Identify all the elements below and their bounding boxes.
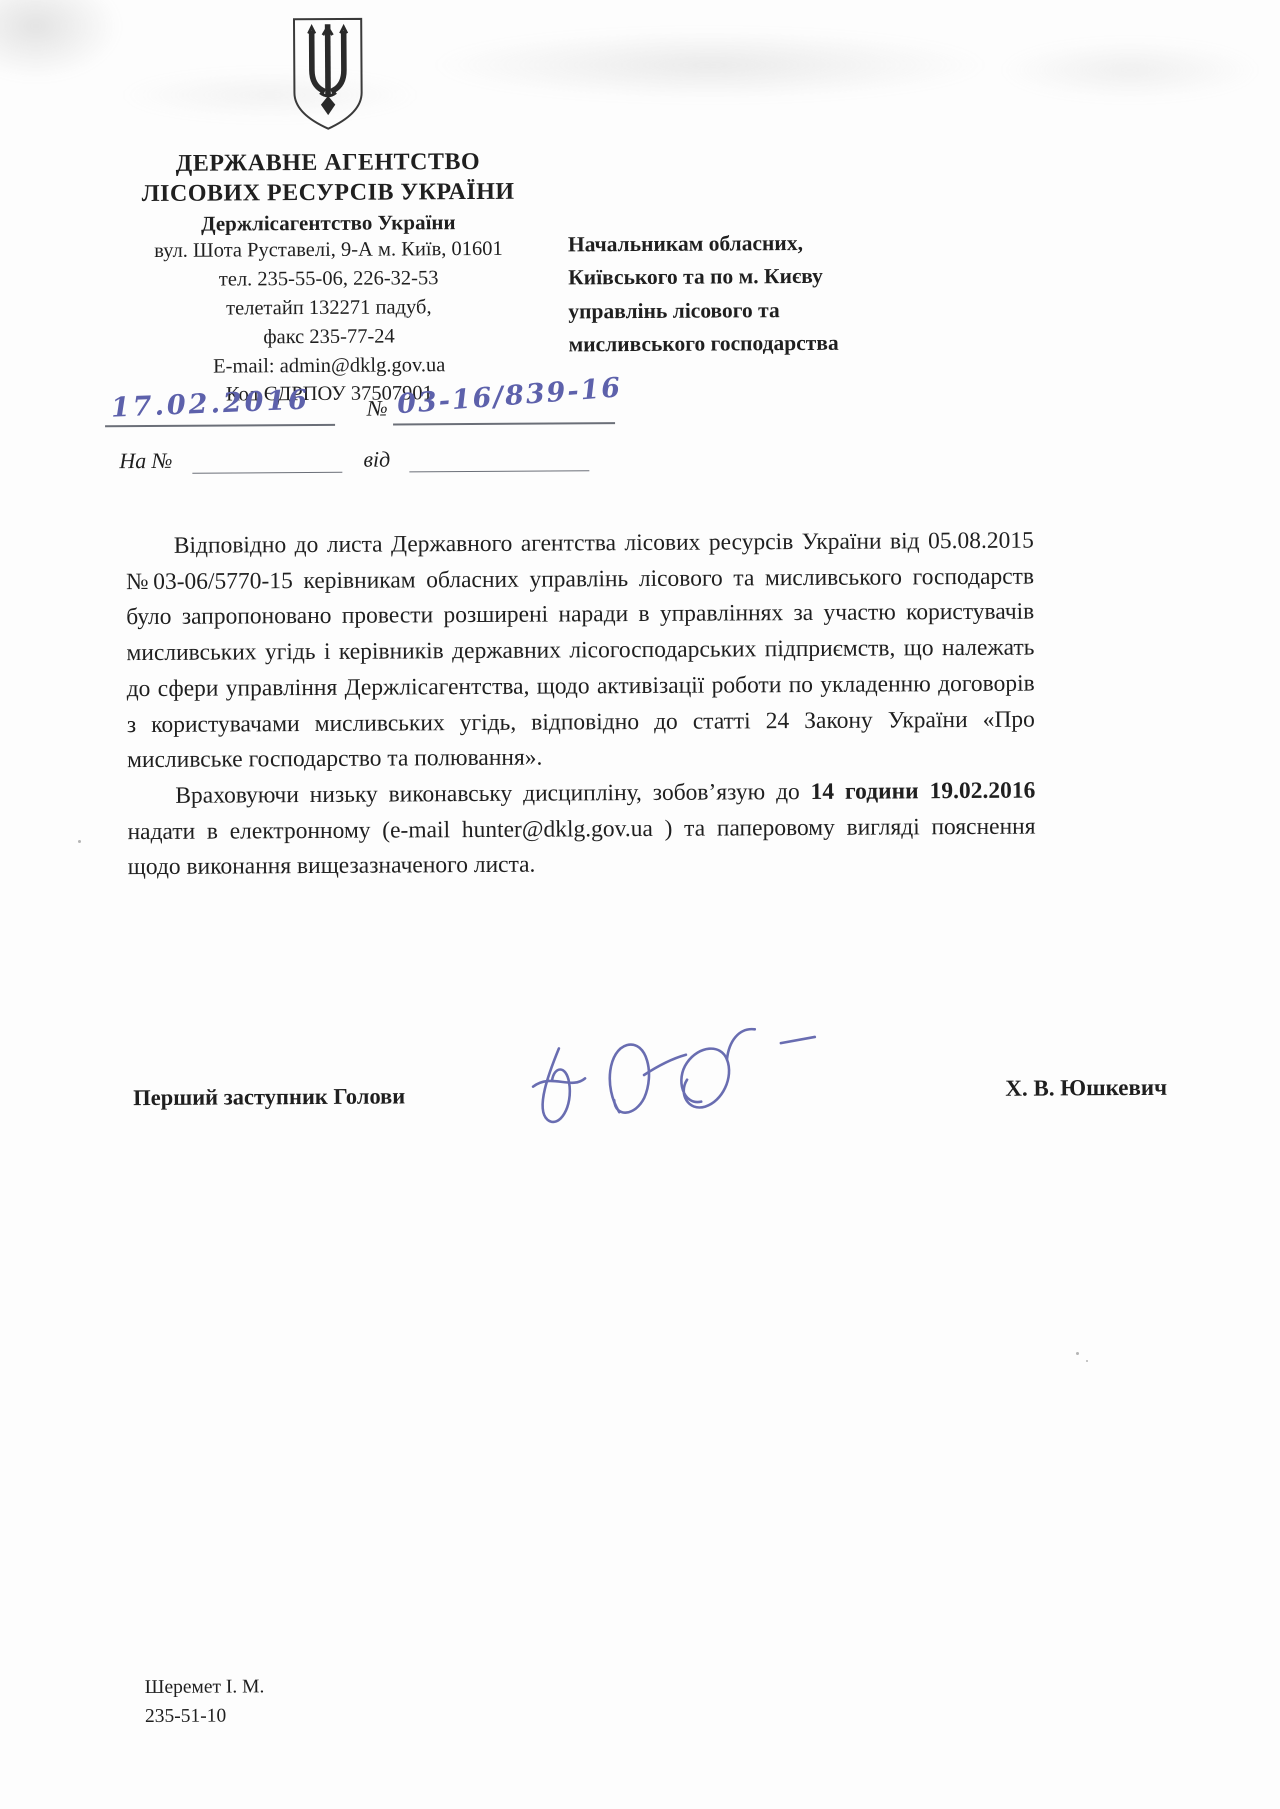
letter-body: Відповідно до листа Державного агентства… bbox=[126, 524, 1036, 887]
signer-name: Х. В. Юшкевич bbox=[1005, 1075, 1167, 1102]
executor-block: Шеремет І. М. 235-51-10 bbox=[145, 1672, 265, 1731]
body-paragraph-2-text: Враховуючи низьку виконавську дисципліну… bbox=[175, 779, 810, 809]
body-paragraph-1: Відповідно до листа Державного агентства… bbox=[126, 524, 1036, 780]
handwritten-date: 17.02.2016 bbox=[110, 385, 310, 424]
scanned-letter-page: ДЕРЖАВНЕ АГЕНТСТВО ЛІСОВИХ РЕСУРСІВ УКРА… bbox=[0, 0, 1280, 1809]
recipient-line: управлінь лісового та bbox=[568, 293, 948, 329]
org-address: вул. Шота Руставелі, 9-А м. Київ, 01601 bbox=[91, 235, 566, 266]
body-paragraph-2: Враховуючи низьку виконавську дисципліну… bbox=[127, 774, 1036, 887]
org-short-name: Держлісагентство України bbox=[91, 209, 566, 237]
handwritten-signature bbox=[523, 1019, 834, 1151]
number-underline bbox=[393, 422, 615, 425]
letterhead: ДЕРЖАВНЕ АГЕНТСТВО ЛІСОВИХ РЕСУРСІВ УКРА… bbox=[90, 14, 567, 410]
recipient-line: мисливського господарства bbox=[568, 326, 948, 362]
signer-position-title: Перший заступник Голови bbox=[133, 1083, 405, 1111]
date-underline bbox=[105, 424, 335, 427]
executor-phone: 235-51-10 bbox=[145, 1702, 265, 1732]
ukraine-trident-emblem bbox=[287, 16, 368, 132]
reply-from-label: від bbox=[363, 447, 390, 473]
org-email: E-mail: admin@dklg.gov.ua bbox=[92, 351, 567, 382]
reply-reference-row: На № від bbox=[119, 444, 679, 474]
body-paragraph-2-deadline: 14 години 19.02.2016 bbox=[811, 778, 1036, 805]
org-name-line1: ДЕРЖАВНЕ АГЕНТСТВО bbox=[90, 146, 565, 179]
recipient-block: Начальникам обласних, Київського та по м… bbox=[568, 226, 949, 362]
signature-block: Перший заступник Голови Х. В. Юшкевич bbox=[133, 1075, 1174, 1201]
org-teletype: телетайп 132271 падуб, bbox=[91, 293, 566, 324]
body-paragraph-2-rest: надати в електронному (e-mail hunter@dkl… bbox=[127, 813, 1035, 880]
reply-date-underline bbox=[410, 444, 590, 472]
number-label: № bbox=[367, 396, 388, 422]
org-name-line2: ЛІСОВИХ РЕСУРСІВ УКРАЇНИ bbox=[91, 176, 566, 209]
reply-number-underline bbox=[192, 446, 342, 474]
recipient-line: Начальникам обласних, bbox=[568, 226, 948, 262]
recipient-line: Київського та по м. Києву bbox=[568, 259, 948, 295]
reply-label: На № bbox=[119, 448, 172, 474]
reference-row: 17.02.2016 № 03-16/839-16 bbox=[105, 388, 685, 438]
org-phone: тел. 235-55-06, 226-32-53 bbox=[91, 264, 566, 295]
executor-name: Шеремет І. М. bbox=[145, 1672, 265, 1702]
org-fax: факс 235-77-24 bbox=[91, 322, 566, 353]
